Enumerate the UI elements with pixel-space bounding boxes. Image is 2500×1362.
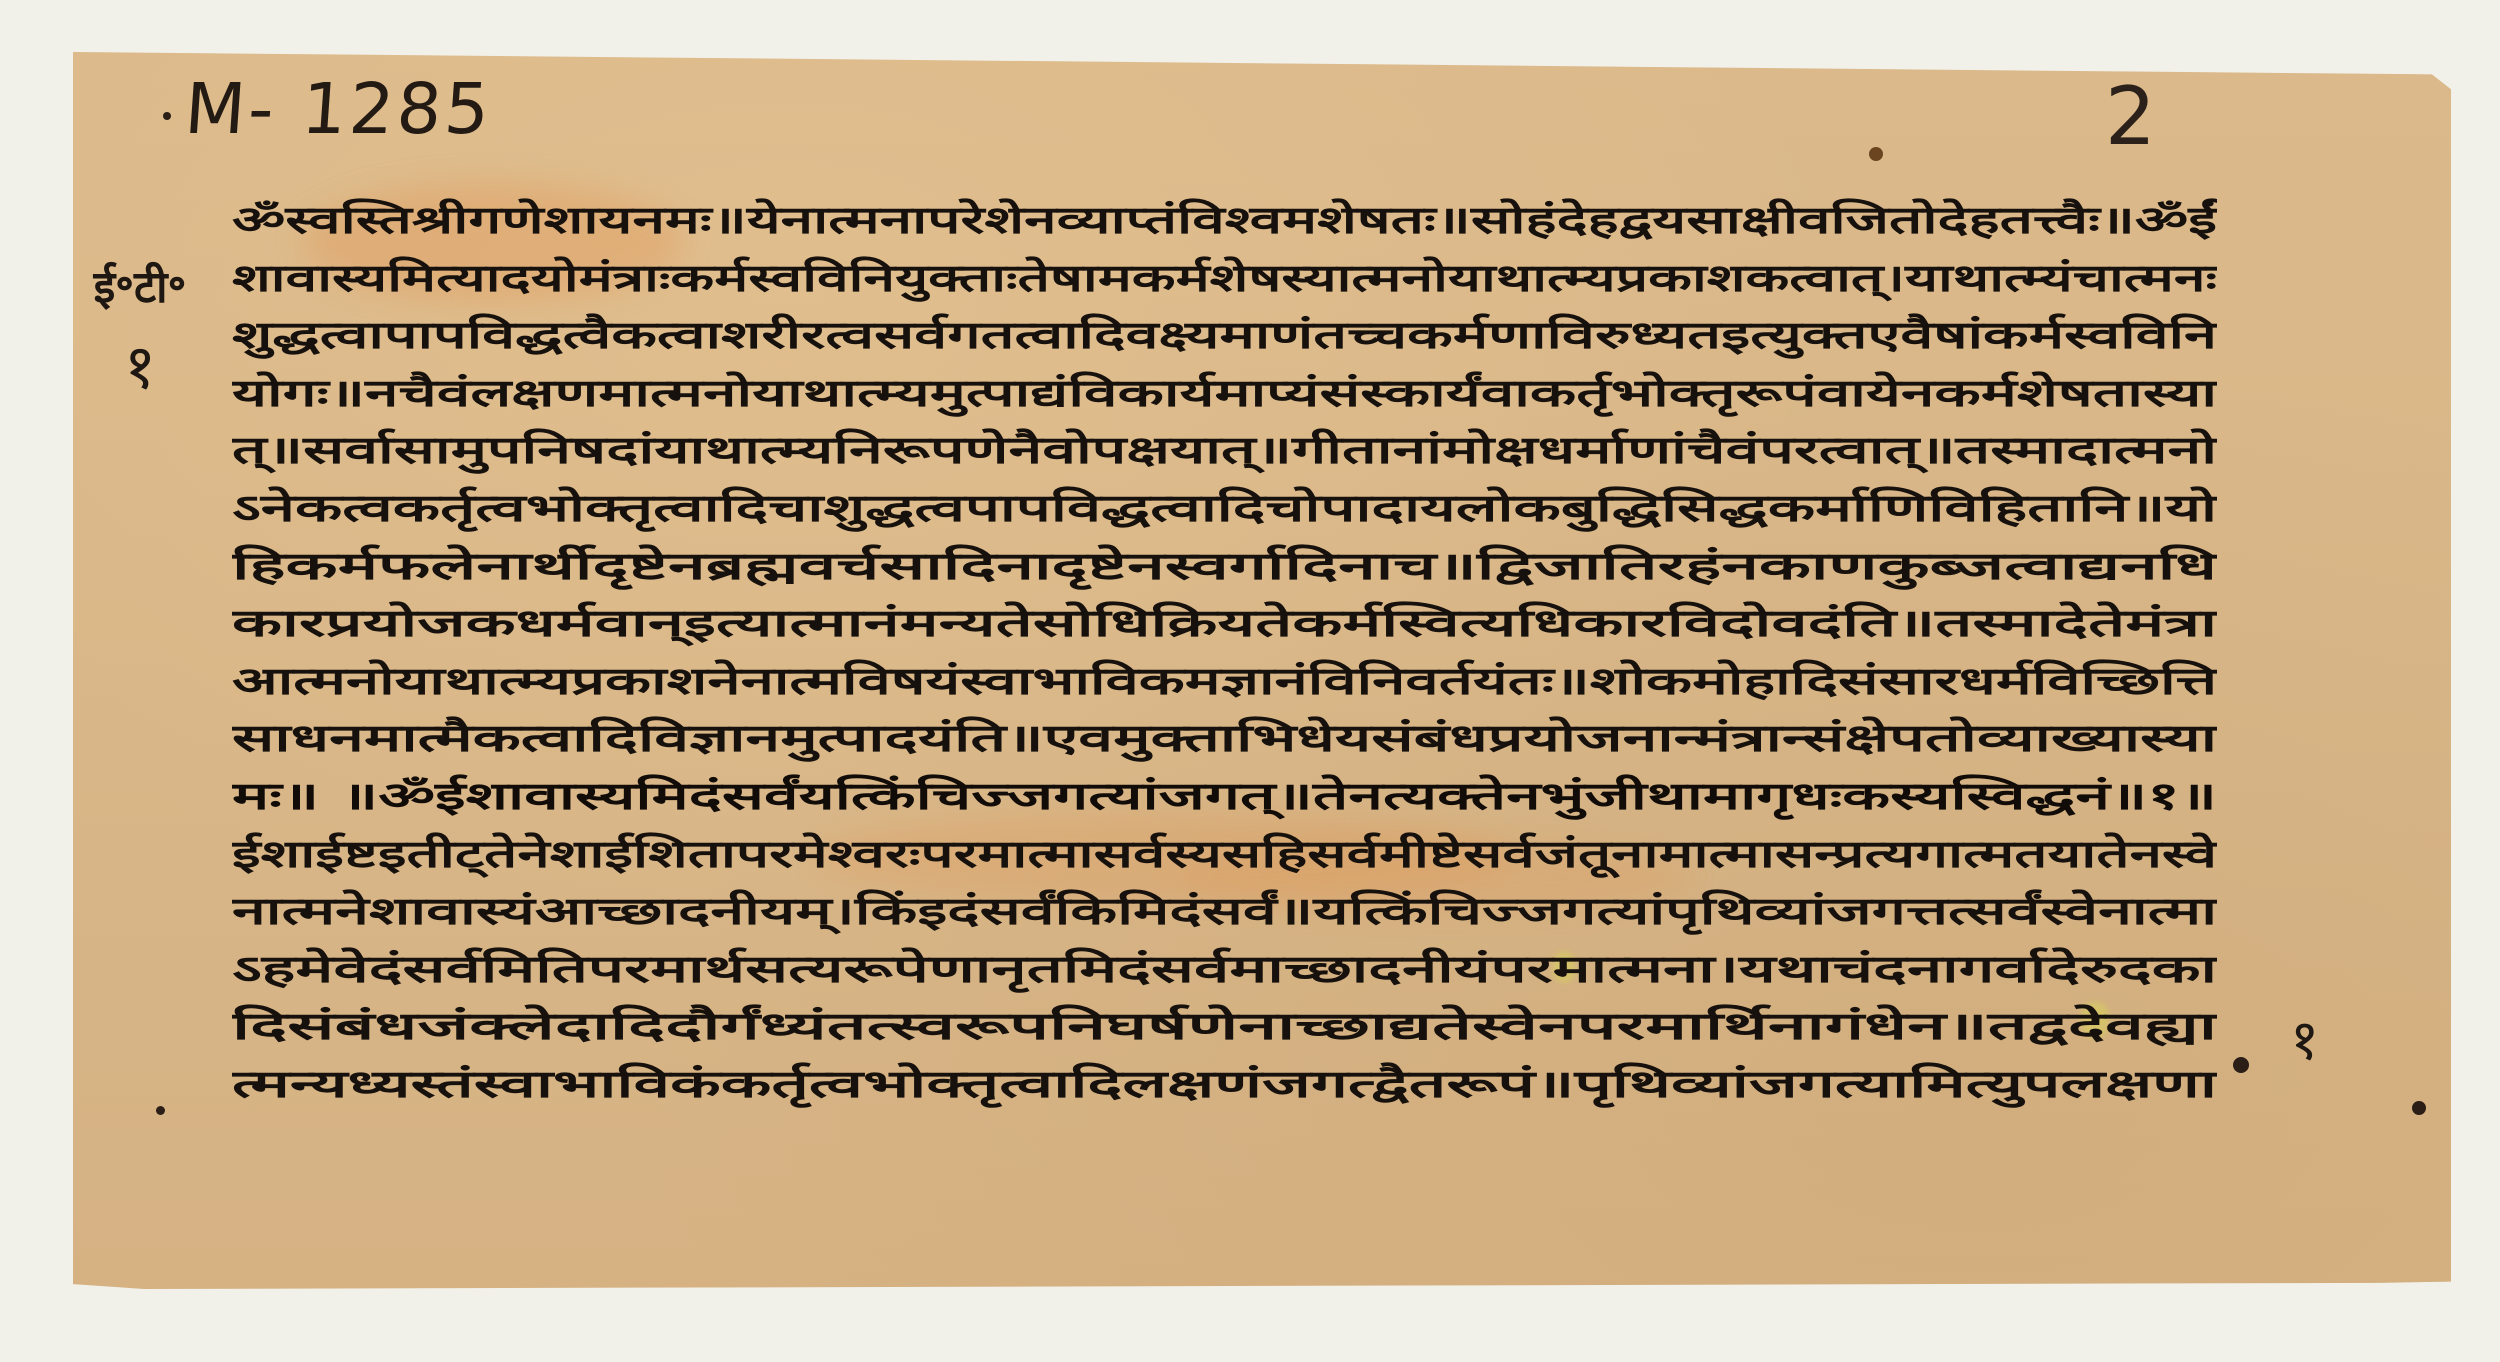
text-line: साधनमात्मैकत्वादिविज्ञानमुत्पादयंति॥एवमु… — [232, 710, 2217, 768]
text-line: शावास्यमित्यादयोमंत्राःकर्मस्वविनियुक्ता… — [232, 250, 2217, 308]
text-line: त्मन्यध्यस्तंस्वाभाविकंकर्तृत्वभोक्तृत्व… — [232, 1056, 2217, 1114]
text-line: ऽहमेवेदंसर्वमितिपरमार्थसत्यरूपेणानृतमिदं… — [232, 941, 2217, 999]
verse-line: मः॥ ॥ॐईशावास्यमिदंसर्वंयत्किंचिज्जगत्यां… — [232, 768, 2217, 826]
ink-speck — [2412, 1101, 2426, 1115]
text-line: आत्मनोयाथात्म्यप्रकाशनेनात्मविषयंस्वाभाव… — [232, 653, 2217, 711]
text-line: शुद्धत्वापापविद्धत्वैकत्वाशरीरत्वसर्वगतत… — [232, 307, 2217, 365]
text-line: योगः॥नचैवंलक्षणमात्मनोयाथात्म्यमुत्पाद्य… — [232, 365, 2217, 423]
folio-number: 2 — [2105, 70, 2156, 163]
ink-speck — [43, 1058, 51, 1066]
text-line: दिसंबंधजंक्लेदादिदौर्गंध्यंतत्स्वरूपनिघर… — [232, 998, 2217, 1056]
manuscript-text: ॐस्वस्तिश्रीगणेशायनमः॥येनात्मनापरेशेनव्य… — [232, 192, 2217, 1114]
accession-number: M- 1285 — [182, 68, 495, 150]
text-line: ईशाईष्टइतीट्तेनेशाईशितापरमेश्वरःपरमात्मा… — [232, 826, 2217, 884]
scan-backdrop: M- 1285 2 ई॰टी॰ १ १ ॐस्वस्तिश्रीगणेशायनम… — [0, 0, 2500, 1362]
text-line: नात्मनेशावास्यंआच्छादनीयम्।किंइदंसर्वंकि… — [232, 883, 2217, 941]
left-margin-note: ई॰टी॰ १ — [80, 255, 200, 407]
text-line: ऽनेकत्वकर्तृत्वभोक्तृत्वादिचाशुद्धत्वपाप… — [232, 480, 2217, 538]
right-margin-marker: १ — [2290, 1000, 2319, 1076]
margin-folio-marker: १ — [80, 323, 200, 407]
text-line: त्॥सर्वासामुपनिषदांयाथात्म्यनिरूपणेनैवोप… — [232, 422, 2217, 480]
text-line: कारप्रयोजकधर्मवान्‌इत्यात्मानंमन्यतेसोधि… — [232, 595, 2217, 653]
text-line: ॐस्वस्तिश्रीगणेशायनमः॥येनात्मनापरेशेनव्य… — [232, 192, 2217, 250]
ink-speck — [1869, 147, 1883, 161]
ink-speck — [2233, 1057, 2249, 1073]
margin-abbreviation: ई॰टी॰ — [80, 255, 200, 315]
ink-speck — [163, 112, 171, 120]
text-line: हिकर्मफलेनार्थीदृष्टेनब्रह्मवर्चसादिनादृ… — [232, 538, 2217, 596]
ink-speck — [156, 1106, 165, 1115]
